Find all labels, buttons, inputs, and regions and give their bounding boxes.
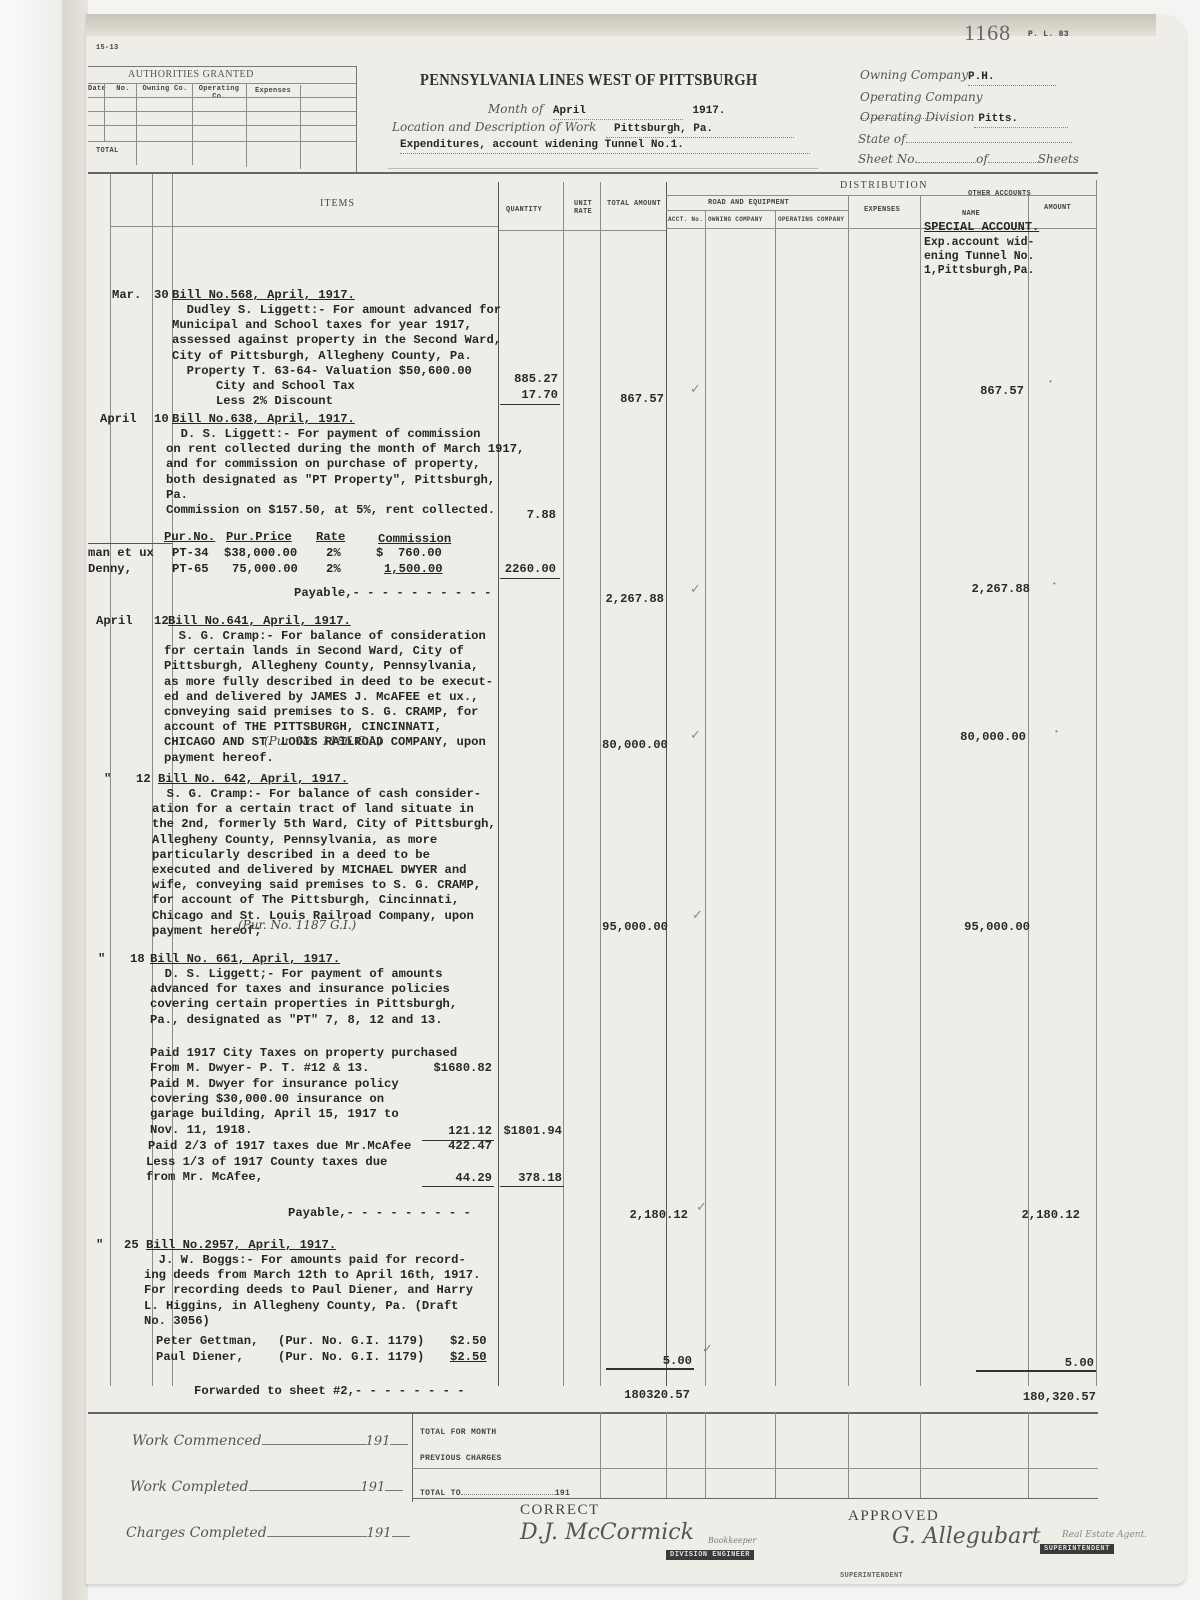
- header-items: ITEMS: [320, 198, 355, 209]
- other-account-amount: 2,267.88: [940, 582, 1030, 596]
- total-to-field: TOTAL TO191: [420, 1482, 570, 1500]
- recording-line-amount: $2.50: [450, 1334, 487, 1349]
- special-account-desc-1: Exp.account wid-: [924, 236, 1034, 250]
- tick-mark-icon: •: [1052, 580, 1057, 589]
- detail-subamount: 121.12: [420, 1124, 492, 1138]
- state-label: State of: [858, 132, 906, 146]
- location-value: Pittsburgh, Pa.: [606, 122, 794, 138]
- header-quantity: QUANTITY: [506, 206, 542, 214]
- bill-heading: Bill No.2957, April, 1917.: [146, 1238, 336, 1253]
- header-owning-company: OWNING COMPANY: [708, 216, 763, 223]
- forwarded-label: Forwarded to sheet #2,- - - - - - - -: [194, 1384, 465, 1399]
- auth-col-expenses: Expenses: [246, 87, 300, 95]
- bill-description: Dudley S. Liggett:- For amount advanced …: [172, 303, 501, 409]
- total-amount: 2,267.88: [602, 592, 664, 606]
- checkmark-icon: ✓: [690, 382, 701, 397]
- correct-title-handwritten: Bookkeeper: [708, 1536, 756, 1545]
- year-value: 1917.: [693, 105, 726, 117]
- quantity-value: 885.27: [500, 372, 558, 386]
- location-field: Location and Description of Work Pittsbu…: [392, 118, 794, 138]
- owning-company-field: Owning CompanyP.H.: [860, 66, 1060, 86]
- bill-description: S. G. Cramp:- For balance of cash consid…: [152, 787, 496, 939]
- bill-heading: Bill No. 642, April, 1917.: [158, 772, 348, 787]
- under-sheet-stamp: SUPERINTENDENT: [840, 1572, 903, 1580]
- approved-title-handwritten: Real Estate Agent.: [1062, 1530, 1147, 1540]
- authorities-title: AUTHORITIES GRANTED: [128, 69, 254, 80]
- header-unit-rate: UNIT RATE: [568, 200, 598, 216]
- total-amount: 867.57: [602, 392, 664, 406]
- special-account-desc-2: ening Tunnel No.: [924, 250, 1034, 264]
- sheet-no-field: Sheet No.ofSheets: [858, 150, 1088, 168]
- approved-label: APPROVED: [848, 1508, 939, 1525]
- detail-text: Less 1/3 of 1917 County taxes due from M…: [146, 1155, 387, 1185]
- recording-line-name: Paul Diener,: [156, 1350, 244, 1365]
- of-label: of: [976, 152, 988, 166]
- checkmark-icon: ✓: [702, 1342, 713, 1357]
- auth-col-no: No.: [108, 85, 138, 93]
- entry-month: April: [96, 614, 133, 629]
- form-id: P. L. 83: [1028, 30, 1069, 39]
- checkmark-icon: ✓: [690, 728, 701, 743]
- entry-day: 30: [154, 288, 169, 303]
- forwarded-total-amount: 180320.57: [606, 1388, 690, 1402]
- checkmark-icon: ✓: [696, 1200, 707, 1215]
- division-engineer-stamp: DIVISION ENGINEER: [666, 1550, 754, 1560]
- handwritten-purchase-note: (Pur. No. 1187 G.I.): [238, 918, 356, 932]
- entry-day: 25: [124, 1238, 139, 1253]
- total-amount: 95,000.00: [602, 920, 668, 934]
- owning-company-value: P.H.: [968, 70, 1056, 86]
- state-field: State of: [858, 130, 1078, 148]
- special-account-desc-3: 1,Pittsburgh,Pa.: [924, 264, 1034, 278]
- total-amount: 2,180.12: [602, 1208, 688, 1222]
- year-prefix: 191: [367, 1526, 392, 1541]
- operating-division-value: Pitts.: [974, 112, 1068, 128]
- recording-line-ref: (Pur. No. G.I. 1179): [278, 1350, 424, 1365]
- entry-day: 18: [130, 952, 145, 967]
- pur-row-rate: 2%: [326, 562, 341, 577]
- header-other-accounts: OTHER ACCOUNTS: [968, 190, 1031, 198]
- detail-subamount: $1680.82: [420, 1061, 492, 1075]
- pur-row-price: 75,000.00: [232, 562, 298, 577]
- header-amount: AMOUNT: [1044, 204, 1071, 212]
- header-name: NAME: [962, 210, 980, 218]
- total-amount: 5.00: [606, 1354, 692, 1368]
- total-amount: 80,000.00: [602, 738, 666, 752]
- header-acct-no: ACCT. No.: [668, 216, 703, 223]
- bill-description: J. W. Boggs:- For amounts paid for recor…: [144, 1253, 480, 1329]
- pur-row-commission: $ 760.00: [376, 546, 442, 561]
- checkmark-icon: ✓: [690, 582, 701, 597]
- pur-row-margin: man et ux: [88, 546, 154, 561]
- work-description: Expenditures, account widening Tunnel No…: [400, 138, 810, 154]
- entry-month: Mar.: [112, 288, 141, 303]
- entry-month: ": [96, 1238, 103, 1253]
- charges-completed-label: Charges Completed: [126, 1525, 267, 1541]
- other-account-amount: 867.57: [940, 384, 1024, 398]
- correct-signature: D.J. McCormick: [520, 1520, 694, 1545]
- quantity-value: 7.88: [500, 508, 556, 522]
- year-prefix: 191: [361, 1480, 386, 1495]
- quantity-value: 17.70: [500, 388, 558, 402]
- operating-company-label: Operating Company: [860, 90, 983, 104]
- pur-row-commission: 1,500.00: [384, 562, 443, 577]
- pur-table-header: Commission: [378, 532, 451, 547]
- charges-completed-field: Charges Completed191: [126, 1524, 410, 1542]
- entry-month: ": [104, 772, 111, 787]
- pur-row-rate: 2%: [326, 546, 341, 561]
- operating-division-field: Operating DivisionPitts.: [860, 108, 1070, 128]
- header-expenses: EXPENSES: [864, 206, 900, 214]
- bill-description: D. S. Liggett;- For payment of amounts a…: [150, 967, 457, 1028]
- correct-label: CORRECT: [520, 1502, 600, 1519]
- header-road-equipment: ROAD AND EQUIPMENT: [708, 199, 789, 207]
- sheets-label: Sheets: [1038, 152, 1079, 166]
- other-account-amount: 5.00: [1000, 1356, 1094, 1370]
- recording-line-name: Peter Gettman,: [156, 1334, 258, 1349]
- year-prefix: 191: [555, 1489, 570, 1498]
- work-commenced-label: Work Commenced: [132, 1433, 262, 1449]
- entry-day: 12: [136, 772, 151, 787]
- header-distribution: DISTRIBUTION: [840, 180, 928, 191]
- header-operating-company: OPERATING COMPANY: [778, 216, 844, 223]
- total-to-label: TOTAL TO: [420, 1489, 461, 1498]
- bill-heading: Bill No.638, April, 1917.: [172, 412, 355, 427]
- pur-table-header: Pur.Price: [226, 530, 292, 545]
- quantity-value: $1801.94: [498, 1124, 562, 1138]
- detail-subamount: 44.29: [420, 1171, 492, 1185]
- entry-month: ": [98, 952, 105, 967]
- auth-total-label: TOTAL: [96, 147, 119, 155]
- forwarded-other-amount: 180,320.57: [990, 1390, 1096, 1404]
- company-title: PENNSYLVANIA LINES WEST OF PITTSBURGH: [420, 70, 758, 90]
- pur-row-price: $38,000.00: [224, 546, 297, 561]
- owning-company-label: Owning Company: [860, 68, 968, 82]
- entry-day: 12: [154, 614, 169, 629]
- sheet-no-label: Sheet No.: [858, 152, 918, 166]
- detail-text: Paid M. Dwyer for insurance policy cover…: [150, 1077, 399, 1138]
- tick-mark-icon: •: [1048, 378, 1053, 387]
- recording-line-amount: $2.50: [450, 1350, 487, 1365]
- bill-heading: Bill No.568, April, 1917.: [172, 288, 355, 303]
- form-code: 15-13: [96, 44, 119, 52]
- location-label: Location and Description of Work: [392, 120, 596, 134]
- payable-label: Payable,- - - - - - - - -: [288, 1206, 471, 1221]
- bill-description: D. S. Liggett:- For payment of commissio…: [166, 427, 524, 518]
- entry-month: April: [100, 412, 137, 427]
- operating-division-label: Operating Division: [860, 110, 974, 124]
- entry-day: 10: [154, 412, 169, 427]
- binder-left-page: [0, 0, 63, 1600]
- bill-heading: Bill No.641, April, 1917.: [168, 614, 351, 629]
- quantity-value: 378.18: [498, 1171, 562, 1185]
- pur-row-number: PT-65: [172, 562, 209, 577]
- pur-row-number: PT-34: [172, 546, 209, 561]
- other-account-amount: 95,000.00: [940, 920, 1030, 934]
- auth-col-date: Date: [88, 85, 102, 93]
- checkmark-icon: ✓: [692, 908, 703, 923]
- tick-mark-icon: •: [1054, 728, 1059, 737]
- special-account-heading: SPECIAL ACCOUNT.: [924, 220, 1039, 235]
- header-total-amount: TOTAL AMOUNT: [606, 200, 662, 208]
- total-for-month-label: TOTAL FOR MONTH: [420, 1428, 497, 1437]
- sheet-number-stamp: 1168: [964, 20, 1011, 46]
- approved-signature: G. Allegubart: [892, 1524, 1041, 1549]
- recording-line-ref: (Pur. No. G.I. 1179): [278, 1334, 424, 1349]
- auth-col-operating: Operating Co.: [192, 85, 246, 101]
- auth-col-owning: Owning Co.: [138, 85, 192, 93]
- work-completed-field: Work Completed191: [130, 1478, 403, 1496]
- binder-spine: [62, 0, 88, 1600]
- authorities-granted-box: AUTHORITIES GRANTED Date No. Owning Co. …: [88, 66, 357, 174]
- bill-heading: Bill No. 661, April, 1917.: [150, 952, 340, 967]
- pur-row-margin: Denny,: [88, 562, 132, 577]
- detail-text: Paid 1917 City Taxes on property purchas…: [150, 1046, 457, 1076]
- handwritten-purchase-note: (Pur. No. 1186 G.I.): [264, 734, 382, 748]
- previous-charges-label: PREVIOUS CHARGES: [420, 1454, 502, 1463]
- other-account-amount: 80,000.00: [940, 730, 1026, 744]
- superintendent-stamp: SUPERINTENDENT: [1040, 1544, 1114, 1554]
- detail-subamount: 422.47: [420, 1139, 492, 1153]
- work-commenced-field: Work Commenced191: [132, 1432, 408, 1450]
- pur-table-header: Rate: [316, 530, 345, 545]
- payable-label: Payable,- - - - - - - - - -: [294, 586, 491, 601]
- other-account-amount: 2,180.12: [980, 1208, 1080, 1222]
- work-completed-label: Work Completed: [130, 1479, 249, 1495]
- detail-text: Paid 2/3 of 1917 taxes due Mr.McAfee: [148, 1139, 411, 1154]
- month-label: Month of: [488, 102, 543, 116]
- quantity-subtotal: 2260.00: [500, 562, 556, 576]
- year-prefix: 191: [366, 1434, 391, 1449]
